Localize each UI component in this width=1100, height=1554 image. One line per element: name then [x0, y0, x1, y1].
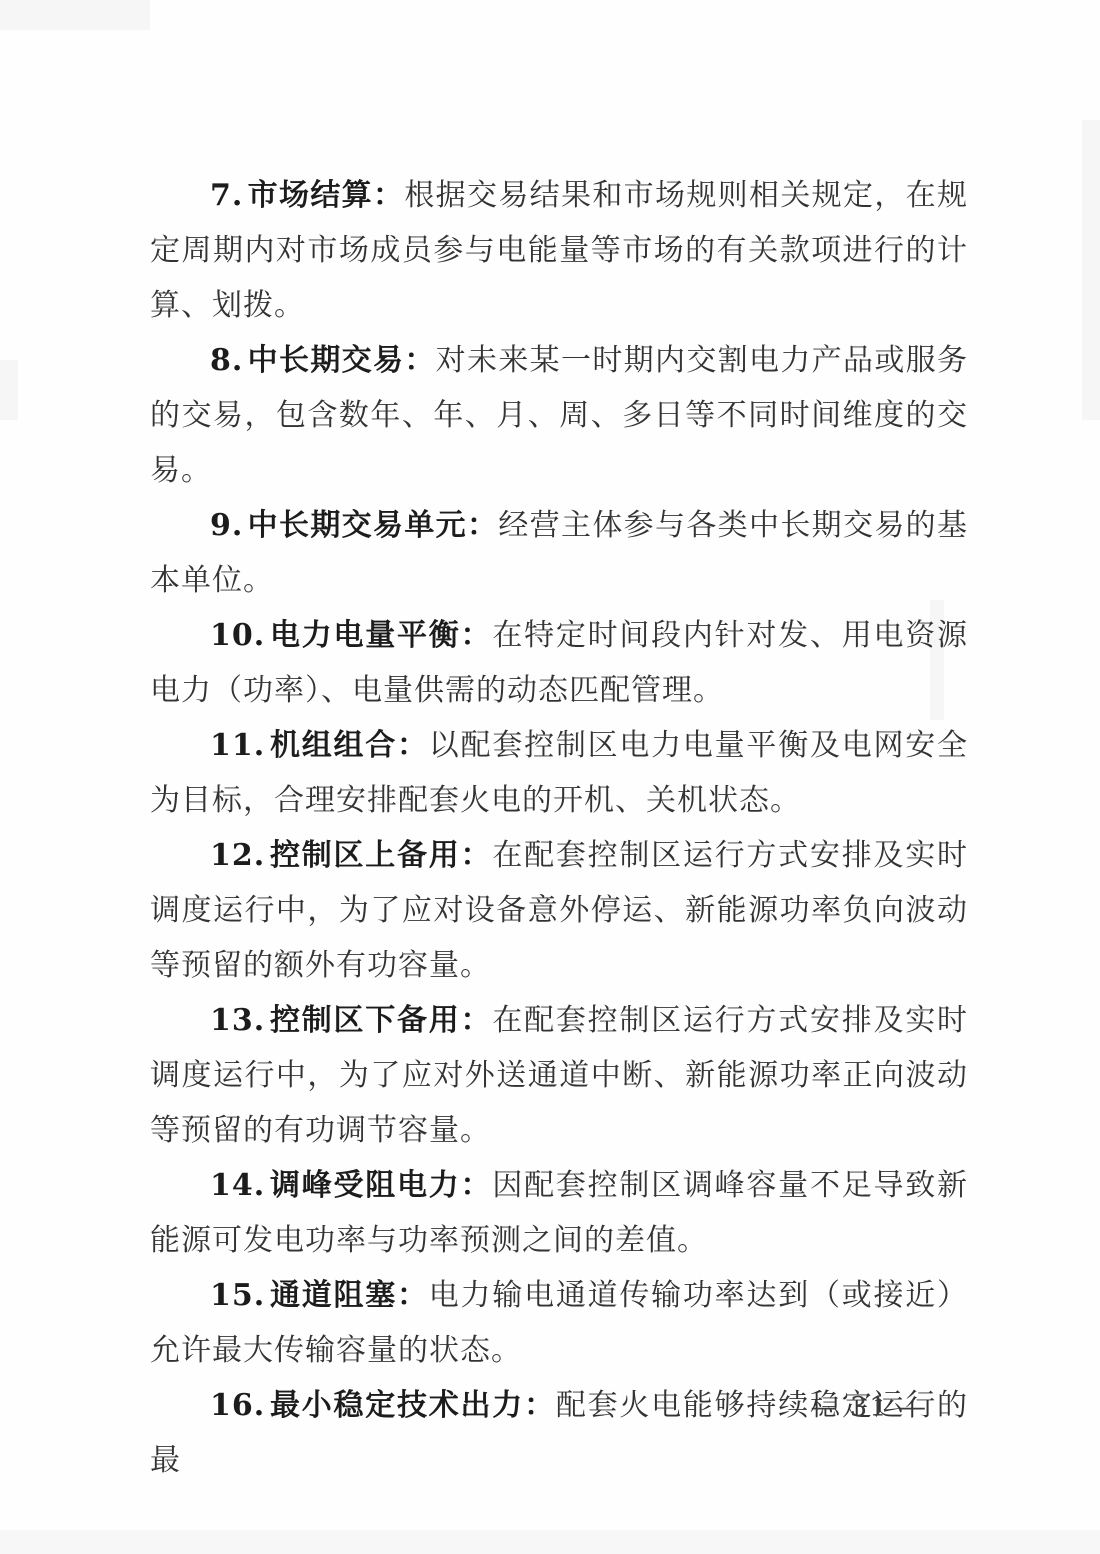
item-number: 7. — [210, 178, 247, 213]
definition-item-8: 8.中长期交易：对未来某一时期内交割电力产品或服务的交易，包含数年、年、月、周、… — [150, 333, 968, 498]
term-text: 中长期交易单元： — [247, 508, 498, 543]
term-text: 市场结算： — [247, 178, 404, 213]
term-text: 控制区上备用： — [269, 838, 492, 873]
item-number: 15. — [210, 1278, 269, 1313]
definition-item-14: 14.调峰受阻电力：因配套控制区调峰容量不足导致新能源可发电功率与功率预测之间的… — [150, 1158, 968, 1268]
term-text: 控制区下备用： — [269, 1003, 492, 1038]
definition-item-15: 15.通道阻塞：电力输电通道传输功率达到（或接近）允许最大传输容量的状态。 — [150, 1268, 968, 1378]
term-text: 机组组合： — [269, 728, 429, 763]
definition-item-7: 7.市场结算：根据交易结果和市场规则相关规定，在规定周期内对市场成员参与电能量等… — [150, 168, 968, 333]
term-label: 15.通道阻塞： — [210, 1278, 429, 1313]
term-text: 调峰受阻电力： — [269, 1168, 492, 1203]
item-number: 13. — [210, 1003, 269, 1038]
definitions-list: 7.市场结算：根据交易结果和市场规则相关规定，在规定周期内对市场成员参与电能量等… — [150, 168, 968, 1488]
term-label: 14.调峰受阻电力： — [210, 1168, 492, 1203]
definition-item-10: 10.电力电量平衡：在特定时间段内针对发、用电资源电力（功率）、电量供需的动态匹… — [150, 608, 968, 718]
item-number: 14. — [210, 1168, 269, 1203]
term-label: 12.控制区上备用： — [210, 838, 492, 873]
item-number: 16. — [210, 1388, 269, 1423]
page-number: — 31 — — [810, 1392, 928, 1423]
definition-item-11: 11.机组组合：以配套控制区电力电量平衡及电网安全为目标，合理安排配套火电的开机… — [150, 718, 968, 828]
term-text: 通道阻塞： — [269, 1278, 429, 1313]
term-label: 16.最小稳定技术出力： — [210, 1388, 556, 1423]
term-label: 11.机组组合： — [210, 728, 429, 763]
term-text: 中长期交易： — [247, 343, 435, 378]
term-label: 13.控制区下备用： — [210, 1003, 492, 1038]
definition-item-13: 13.控制区下备用：在配套控制区运行方式安排及实时调度运行中，为了应对外送通道中… — [150, 993, 968, 1158]
document-page: 7.市场结算：根据交易结果和市场规则相关规定，在规定周期内对市场成员参与电能量等… — [0, 0, 1100, 1554]
item-number: 8. — [210, 343, 247, 378]
scan-artifact — [1082, 120, 1100, 420]
scan-artifact — [0, 360, 18, 420]
term-label: 10.电力电量平衡： — [210, 618, 492, 653]
item-number: 9. — [210, 508, 247, 543]
term-label: 8.中长期交易： — [210, 343, 436, 378]
item-number: 12. — [210, 838, 269, 873]
scan-artifact — [0, 1530, 1100, 1554]
item-number: 10. — [210, 618, 269, 653]
definition-item-9: 9.中长期交易单元：经营主体参与各类中长期交易的基本单位。 — [150, 498, 968, 608]
definition-item-12: 12.控制区上备用：在配套控制区运行方式安排及实时调度运行中，为了应对设备意外停… — [150, 828, 968, 993]
term-text: 最小稳定技术出力： — [269, 1388, 556, 1423]
item-number: 11. — [210, 728, 269, 763]
scan-artifact — [0, 0, 150, 30]
term-label: 9.中长期交易单元： — [210, 508, 498, 543]
term-text: 电力电量平衡： — [269, 618, 492, 653]
term-label: 7.市场结算： — [210, 178, 404, 213]
